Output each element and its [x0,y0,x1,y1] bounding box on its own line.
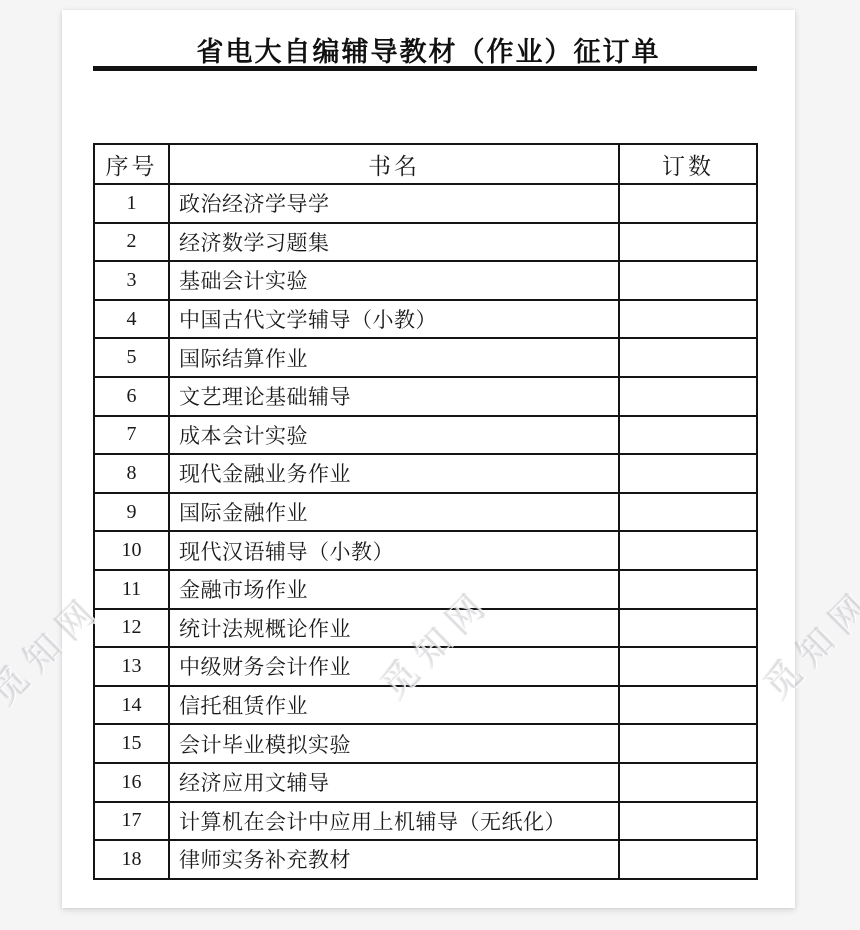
row-number-cell: 2 [94,223,169,262]
row-number-cell: 6 [94,377,169,416]
quantity-cell [619,840,757,879]
book-name-cell: 现代金融业务作业 [169,454,619,493]
quantity-cell [619,300,757,339]
table-row: 13 中级财务会计作业 [94,647,757,686]
book-name-cell: 经济应用文辅导 [169,763,619,802]
quantity-cell [619,223,757,262]
row-number-cell: 8 [94,454,169,493]
book-name-cell: 国际结算作业 [169,338,619,377]
quantity-cell [619,647,757,686]
column-header-number: 序号 [94,144,169,184]
table-row: 7 成本会计实验 [94,416,757,455]
row-number-cell: 13 [94,647,169,686]
book-name-cell: 国际金融作业 [169,493,619,532]
table-row: 1 政治经济学导学 [94,184,757,223]
row-number-cell: 16 [94,763,169,802]
table-row: 4 中国古代文学辅导（小教） [94,300,757,339]
table-row: 16 经济应用文辅导 [94,763,757,802]
book-name-cell: 金融市场作业 [169,570,619,609]
book-name-cell: 文艺理论基础辅导 [169,377,619,416]
book-name-cell: 中国古代文学辅导（小教） [169,300,619,339]
quantity-cell [619,454,757,493]
quantity-cell [619,609,757,648]
quantity-cell [619,763,757,802]
row-number-cell: 15 [94,724,169,763]
table-row: 6 文艺理论基础辅导 [94,377,757,416]
book-name-cell: 会计毕业模拟实验 [169,724,619,763]
book-name-cell: 现代汉语辅导（小教） [169,531,619,570]
row-number-cell: 4 [94,300,169,339]
title-underline [93,66,757,71]
table-row: 10 现代汉语辅导（小教） [94,531,757,570]
row-number-cell: 1 [94,184,169,223]
table-row: 15 会计毕业模拟实验 [94,724,757,763]
quantity-cell [619,531,757,570]
book-name-cell: 律师实务补充教材 [169,840,619,879]
row-number-cell: 7 [94,416,169,455]
book-name-cell: 基础会计实验 [169,261,619,300]
document-title: 省电大自编辅导教材（作业）征订单 [62,30,795,69]
row-number-cell: 11 [94,570,169,609]
table-body: 1 政治经济学导学 2 经济数学习题集 3 基础会计实验 4 中国古代文学辅导（… [94,184,757,879]
column-header-book-name: 书名 [169,144,619,184]
quantity-cell [619,261,757,300]
quantity-cell [619,416,757,455]
table-row: 8 现代金融业务作业 [94,454,757,493]
book-name-cell: 计算机在会计中应用上机辅导（无纸化） [169,802,619,841]
table-row: 5 国际结算作业 [94,338,757,377]
book-name-cell: 统计法规概论作业 [169,609,619,648]
quantity-cell [619,802,757,841]
table-row: 18 律师实务补充教材 [94,840,757,879]
row-number-cell: 9 [94,493,169,532]
table-row: 14 信托租赁作业 [94,686,757,725]
book-name-cell: 经济数学习题集 [169,223,619,262]
order-form-table: 序号 书名 订数 1 政治经济学导学 2 经济数学习题集 3 基础会计实验 4 … [93,143,758,880]
table-row: 3 基础会计实验 [94,261,757,300]
row-number-cell: 18 [94,840,169,879]
table-row: 12 统计法规概论作业 [94,609,757,648]
book-name-cell: 政治经济学导学 [169,184,619,223]
table-row: 9 国际金融作业 [94,493,757,532]
book-name-cell: 信托租赁作业 [169,686,619,725]
table-row: 2 经济数学习题集 [94,223,757,262]
document-page: 省电大自编辅导教材（作业）征订单 序号 书名 订数 1 政治经济学导学 2 经济… [62,10,795,908]
quantity-cell [619,570,757,609]
row-number-cell: 5 [94,338,169,377]
row-number-cell: 17 [94,802,169,841]
quantity-cell [619,724,757,763]
book-name-cell: 成本会计实验 [169,416,619,455]
book-name-cell: 中级财务会计作业 [169,647,619,686]
table-header: 序号 书名 订数 [94,144,757,184]
quantity-cell [619,338,757,377]
row-number-cell: 14 [94,686,169,725]
quantity-cell [619,377,757,416]
row-number-cell: 3 [94,261,169,300]
table-row: 11 金融市场作业 [94,570,757,609]
row-number-cell: 10 [94,531,169,570]
table-row: 17 计算机在会计中应用上机辅导（无纸化） [94,802,757,841]
quantity-cell [619,184,757,223]
column-header-quantity: 订数 [619,144,757,184]
quantity-cell [619,493,757,532]
header-row: 序号 书名 订数 [94,144,757,184]
quantity-cell [619,686,757,725]
row-number-cell: 12 [94,609,169,648]
